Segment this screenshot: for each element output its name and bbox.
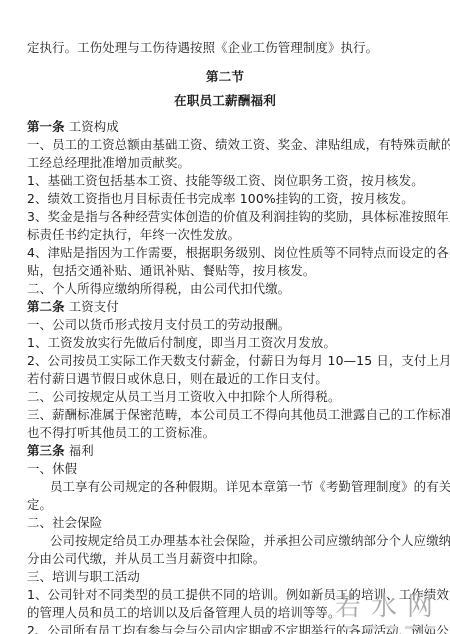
paragraph-line: 二、公司按规定从员工当月工资收入中扣除个人所得税。	[27, 389, 341, 405]
paragraph-line: 的管理人员和员工的培训以及后备管理人员的培训等等。	[27, 605, 341, 621]
article-title: 工资支付	[69, 299, 119, 314]
watermark-underline	[345, 626, 435, 629]
paragraph-line: 一、员工的工资总额由基础工资、绩效工资、奖金、津贴组成，有特殊贡献的员	[27, 137, 450, 153]
paragraph-line: 公司按规定给员工办理基本社会保险，并承担公司应缴纳部分个人应缴纳部	[50, 533, 450, 549]
paragraph-line: 员工享有公司规定的各种假期。详见本章第一节《考勤管理制度》的有关规	[50, 479, 450, 495]
paragraph-line: 标责任书约定执行，年终一次性发放。	[27, 227, 240, 243]
paragraph-line: 二、社会保险	[27, 515, 102, 531]
section-title: 在职员工薪酬福利	[0, 93, 450, 109]
article-number: 第一条	[27, 119, 65, 134]
document-page: 定执行。工伤处理与工伤待遇按照《企业工伤管理制度》执行。第二节在职员工薪酬福利第…	[0, 0, 450, 634]
article-heading: 第一条 工资构成	[27, 119, 119, 135]
paragraph-line: 3、奖金是指与各种经营实体创造的价值及利润挂钩的奖励，具体标准按照年度目	[27, 209, 450, 225]
watermark-logo: 若水网	[335, 592, 447, 634]
paragraph-line: 定。	[27, 497, 52, 513]
section-heading: 第二节	[0, 69, 450, 85]
article-heading: 第三条 福利	[27, 443, 94, 459]
paragraph-line: 一、公司以货币形式按月支付员工的劳动报酬。	[27, 317, 290, 333]
paragraph-line: 三、培训与职工活动	[27, 569, 140, 585]
article-title: 福利	[69, 443, 94, 458]
paragraph-line: 1、基础工资包括基本工资、技能等级工资、岗位职务工资，按月核发。	[27, 173, 424, 189]
paragraph-line: 一、休假	[27, 461, 77, 477]
paragraph-line: 贴，包括交通补贴、通讯补贴、餐贴等，按月核发。	[27, 263, 315, 279]
paragraph-line: 也不得打听其他员工的工资标准。	[27, 425, 215, 441]
paragraph-line: 2、绩效工资指也月目标责任书完成率 100%挂钩的工资，按月核发。	[27, 191, 414, 207]
watermark-text: 若水网	[335, 592, 443, 622]
paragraph-line: 1、工资发放实行先做后付制度，即当月工资次月发放。	[27, 335, 336, 351]
paragraph-line: 2、公司按员工实际工作天数支付薪金，付薪日为每月 10—15 日，支付上月薪金。	[27, 353, 450, 369]
article-heading: 第二条 工资支付	[27, 299, 119, 315]
paragraph-line: 分由公司代缴，并从员工当月薪资中扣除。	[27, 551, 265, 567]
paragraph-line: 二、个人所得应缴纳所得税，由公司代扣代缴。	[27, 281, 290, 297]
paragraph-line: 三、薪酬标准属于保密范畴，本公司员工不得向其他员工泄露自己的工作标准，	[27, 407, 450, 423]
paragraph-line: 若付薪日遇节假日或休息日，则在最近的工作日支付。	[27, 371, 328, 387]
paragraph-line: 定执行。工伤处理与工伤待遇按照《企业工伤管理制度》执行。	[27, 40, 378, 56]
article-number: 第三条	[27, 443, 65, 458]
article-number: 第二条	[27, 299, 65, 314]
paragraph-line: 工经总经理批准增加贡献奖。	[27, 155, 190, 171]
paragraph-line: 4、津贴是指因为工作需要，根据职务级别、岗位性质等不同特点而设定的各类补	[27, 245, 450, 261]
article-title: 工资构成	[69, 119, 119, 134]
